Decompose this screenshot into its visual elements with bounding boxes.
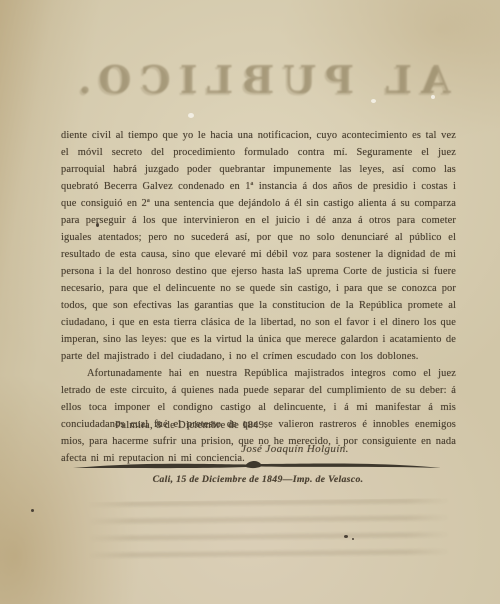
paper-chip [371,99,376,103]
body-paragraph-1: diente civil al tiempo que yo le hacia u… [61,127,456,365]
ink-speck [31,509,34,512]
ink-speck [352,538,354,540]
document-body: diente civil al tiempo que yo le hacia u… [61,127,456,467]
dateline: Palmira, 8 de Diciembre de 1849. [115,420,267,431]
signature: José Joaquín Holguín. [195,443,395,455]
paper-chip [188,113,194,118]
broadside-paper: AL PUBLICO. diente civil al tiempo que y… [0,0,500,604]
bleed-through-title: AL PUBLICO. [45,57,475,115]
paper-shadow-wrap: AL PUBLICO. diente civil al tiempo que y… [0,0,500,604]
ornamental-rule [70,457,444,473]
paper-chip [431,95,435,99]
ink-speck [96,223,99,227]
photo-backdrop: AL PUBLICO. diente civil al tiempo que y… [0,0,500,604]
ink-speck [344,535,348,538]
bleed-through-lines [88,498,450,564]
imprint-line: Cali, 15 de Diciembre de 1849—Imp. de Ve… [60,474,456,485]
